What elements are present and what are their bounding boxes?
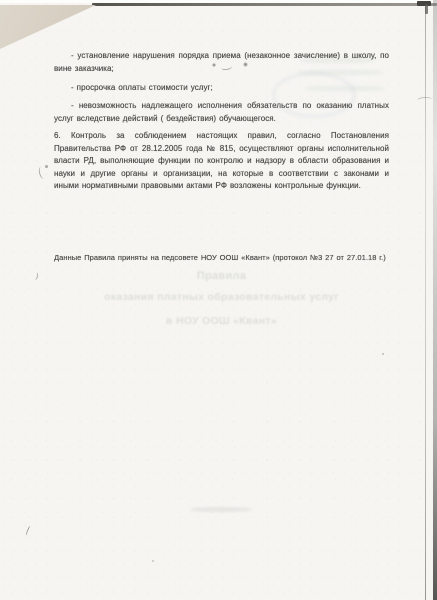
ink-smudge — [305, 86, 385, 91]
bleedthrough-line: Правила — [54, 270, 389, 283]
text-line: Данные Правила приняты на педсовете НОУ … — [54, 251, 389, 264]
stamp-bleedthrough — [272, 72, 356, 118]
text-line: 6. Контроль за соблюдением настоящих пра… — [54, 130, 389, 143]
page-corner-fold — [0, 5, 96, 49]
text-line: иными нормативными правовыми актами РФ в… — [54, 180, 389, 193]
paragraph-control-clause: 6. Контроль за соблюдением настоящих пра… — [54, 130, 389, 193]
text-line: Правительства РФ от 28.12.2005 года № 81… — [54, 143, 389, 156]
scanned-document-page: - установление нарушения порядка приема … — [0, 0, 437, 600]
pencil-mark — [243, 62, 248, 67]
scan-top-right-mark-stub — [425, 4, 428, 14]
text-line: услуг вследствие действий ( бездействия)… — [54, 112, 389, 125]
margin-mark — [417, 96, 432, 103]
ink-smudge — [298, 70, 383, 75]
bleedthrough-line: оказания платных образовательных услуг — [54, 291, 389, 304]
ink-smudge — [300, 58, 375, 63]
page-right-edge-line — [425, 6, 426, 600]
bleedthrough-title-text: Правила оказания платных образовательных… — [54, 270, 389, 328]
margin-mark — [45, 165, 48, 168]
text-line: науки и другие органы и организации, на … — [54, 168, 389, 181]
text-line: власти РД, выполняющие функции по контро… — [54, 155, 389, 168]
bleedthrough-line: в НОУ ООШ «Квант» — [54, 315, 389, 328]
paragraph-rules-adopted: Данные Правила приняты на педсовете НОУ … — [54, 251, 389, 264]
scan-speck — [200, 88, 202, 90]
margin-mark — [32, 272, 39, 281]
scan-top-edge-line — [92, 3, 437, 6]
margin-mark — [25, 526, 32, 537]
scan-right-shadow — [433, 0, 437, 600]
scan-speck — [152, 560, 154, 562]
scan-speck — [382, 353, 384, 355]
pencil-mark — [212, 63, 216, 67]
ink-smudge — [190, 507, 252, 512]
